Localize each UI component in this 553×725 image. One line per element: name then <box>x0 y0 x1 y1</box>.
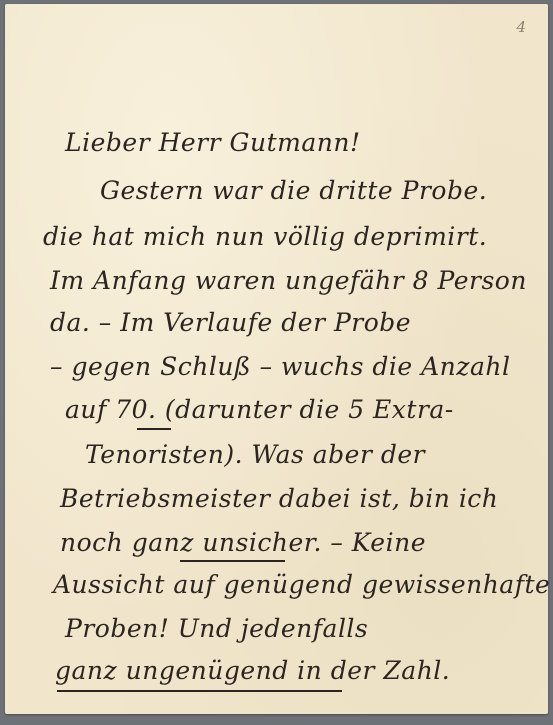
letter-page: 4 Lieber Herr Gutmann! Gestern war die d… <box>5 4 548 714</box>
handwritten-line: Im Anfang waren ungefähr 8 Person <box>50 266 527 295</box>
handwritten-line: noch ganz unsicher. – Keine <box>60 528 426 557</box>
handwritten-line: Proben! Und jedenfalls <box>65 614 368 643</box>
handwritten-line: Tenoristen). Was aber der <box>85 440 425 469</box>
handwritten-line: die hat mich nun völlig deprimirt. <box>43 222 487 251</box>
handwritten-line: Gestern war die dritte Probe. <box>100 176 487 205</box>
handwritten-line: da. – Im Verlaufe der Probe <box>50 308 411 337</box>
page-number: 4 <box>516 18 526 36</box>
handwritten-line: auf 70. (darunter die 5 Extra- <box>65 395 454 424</box>
handwritten-line: Betriebsmeister dabei ist, bin ich <box>60 484 498 513</box>
handwritten-line: Aussicht auf genügend gewissenhafte <box>53 570 550 599</box>
salutation-line: Lieber Herr Gutmann! <box>65 128 361 157</box>
handwritten-line: – gegen Schluß – wuchs die Anzahl <box>50 352 510 381</box>
underline-70 <box>137 428 171 430</box>
underline-ganz-ungenuegend <box>57 690 342 692</box>
handwritten-line: ganz ungenügend in der Zahl. <box>55 656 450 685</box>
underline-unsicher <box>180 560 285 562</box>
